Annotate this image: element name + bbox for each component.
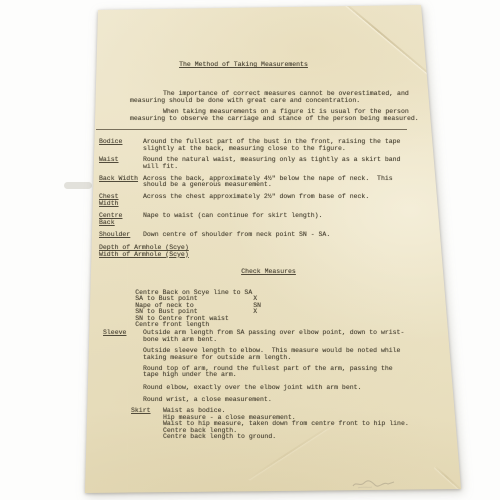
desc-line: Across the chest approximately 2½" down … bbox=[143, 194, 428, 201]
measurement-desc: Down centre of shoulder from neck point … bbox=[143, 232, 428, 239]
desc-line: Round the natural waist, measuring only … bbox=[143, 157, 428, 164]
desc-line: Nape to waist (can continue for skirt le… bbox=[143, 213, 428, 220]
sleeve-paragraph: Outside sleeve length to elbow. This mea… bbox=[143, 348, 428, 361]
document-title: The Method of Taking Measurements bbox=[96, 62, 391, 69]
measurement-label-shoulder: Shoulder bbox=[99, 232, 141, 239]
desc-line: Round wrist, a close measurement. bbox=[143, 397, 428, 404]
sleeve-paragraph: Round wrist, a close measurement. bbox=[143, 397, 428, 404]
measurement-label-chest-width: Chest Width bbox=[99, 194, 141, 207]
check-measures-table: Centre Back on Scye line to SA SA to Bus… bbox=[104, 283, 261, 323]
paragraph-line: measuring should be done with great care… bbox=[130, 98, 435, 105]
measurement-desc: Round the natural waist, measuring only … bbox=[143, 157, 428, 170]
measurement-desc: Across the back, approximately 4½" below… bbox=[143, 176, 428, 189]
sleeve-paragraph: Outside arm length from SA passing over … bbox=[143, 330, 428, 343]
desc-line: should be a generous measurement. bbox=[143, 182, 428, 189]
check-measures-heading: Check Measures bbox=[96, 269, 441, 276]
photo-background: The Method of Taking Measurements The im… bbox=[0, 0, 500, 500]
armhole-width-line: Width of Armhole (Scye) bbox=[99, 252, 189, 259]
intro-paragraph: The importance of correct measures canno… bbox=[130, 91, 435, 104]
desc-line: Down centre of shoulder from neck point … bbox=[143, 232, 428, 239]
skirt-line: Centre back length to ground. bbox=[163, 434, 409, 441]
measurement-desc: Nape to waist (can continue for skirt le… bbox=[143, 213, 428, 220]
desc-line: taking measure for outside arm length. bbox=[143, 355, 428, 362]
desc-line: tape high under the arm. bbox=[143, 372, 428, 379]
measurement-label-skirt: Skirt bbox=[131, 408, 151, 415]
armhole-lines: Depth of Armhole (Scye) Width of Armhole… bbox=[99, 245, 189, 258]
pencil-mark bbox=[350, 477, 398, 491]
measurement-label-bodice: Bodice bbox=[99, 139, 141, 146]
intro-paragraph: When taking measurements on a figure it … bbox=[130, 109, 435, 122]
measurement-label-back-width: Back Width bbox=[99, 176, 141, 183]
measurement-label-sleeve: Sleeve bbox=[103, 330, 126, 337]
measurement-label-waist: Waist bbox=[99, 157, 141, 164]
paragraph-line: measuring to observe the carriage and st… bbox=[130, 116, 435, 123]
check-measure-value: X bbox=[253, 308, 257, 315]
check-measure-row: Centre Back on Scye line to SA bbox=[104, 283, 261, 290]
measurement-label-centre-back: Centre Back bbox=[99, 213, 141, 226]
divider-rule bbox=[96, 129, 407, 130]
sleeve-paragraph: Round elbow, exactly over the elbow join… bbox=[143, 385, 428, 392]
sleeve-paragraph: Round top of arm, round the fullest part… bbox=[143, 366, 428, 379]
measurement-desc: Around the fullest part of the bust in t… bbox=[143, 139, 428, 152]
desc-line: Round elbow, exactly over the elbow join… bbox=[143, 385, 428, 392]
measurement-desc: Across the chest approximately 2½" down … bbox=[143, 194, 428, 201]
desc-line: slightly at the back, measuring close to… bbox=[143, 146, 428, 153]
check-measure-label: Centre front length bbox=[135, 322, 253, 329]
skirt-lines: Waist as bodice. Hip measure - a close m… bbox=[163, 408, 409, 441]
desc-line: will fit. bbox=[143, 164, 428, 171]
desc-line: bone with arm bent. bbox=[143, 337, 428, 344]
document-content: The Method of Taking Measurements The im… bbox=[0, 0, 500, 500]
